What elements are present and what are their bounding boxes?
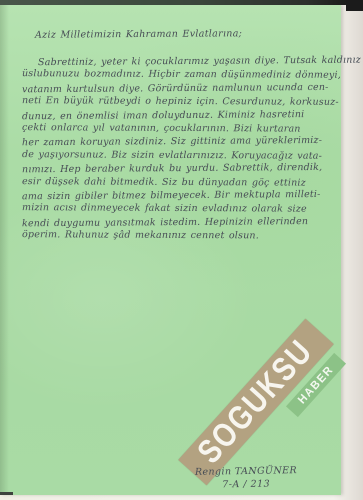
letter-body: Sabrettiniz, yeter ki çocuklarımız yaşas… — [22, 55, 348, 242]
paper-left-shadow — [0, 5, 9, 495]
letter-line: nımızı. Hep beraber kurduk bu yurdu. Sab… — [22, 161, 348, 177]
signature-class: 7-A / 213 — [195, 478, 297, 491]
letter-line: öperim. Ruhunuz şâd mekanınız cennet ols… — [22, 228, 348, 243]
signature-block: Rengin TANGÜNER 7-A / 213 — [195, 465, 298, 490]
letter-salutation: Aziz Milletimizin Kahraman Evlatlarına; — [35, 28, 242, 40]
letter-paper: Aziz Milletimizin Kahraman Evlatlarına; … — [0, 5, 341, 495]
letter-photo: Aziz Milletimizin Kahraman Evlatlarına; … — [0, 0, 363, 500]
top-right-dark-corner — [346, 0, 363, 11]
bottom-corner-shadow — [0, 492, 13, 495]
signature-name: Rengin TANGÜNER — [195, 465, 297, 478]
top-shadow-band — [0, 0, 363, 5]
